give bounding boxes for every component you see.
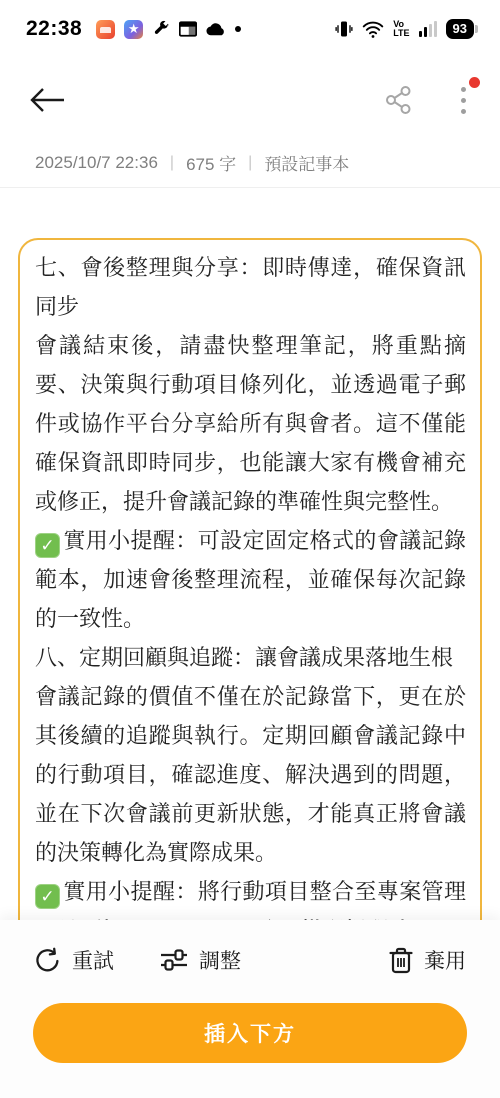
notification-badge: [469, 77, 480, 88]
nav-bar: [0, 72, 500, 128]
cloud-icon: [206, 23, 226, 36]
retry-button[interactable]: 重試: [34, 945, 114, 975]
clock: 22:38: [26, 17, 82, 41]
insert-below-button[interactable]: 插入下方: [33, 1003, 467, 1063]
notification-icons: ★: [96, 20, 241, 39]
retry-icon: [34, 947, 61, 974]
battery-indicator: 93: [446, 19, 474, 39]
adjust-button[interactable]: 調整: [160, 945, 241, 975]
note-paragraph: ✓實用小提醒：可設定固定格式的會議記錄範本，加速會後整理流程，並確保每次記錄的一…: [35, 521, 466, 638]
signal-strength-icon: [419, 21, 437, 37]
app-notification-icon: [96, 20, 115, 39]
back-button[interactable]: [28, 84, 66, 116]
share-icon[interactable]: [385, 85, 412, 115]
header-divider: [0, 187, 500, 188]
ai-note-card[interactable]: 七、會後整理與分享：即時傳達，確保資訊同步會議結束後，請盡快整理筆記，將重點摘要…: [18, 238, 482, 988]
bottom-panel: 重試 調整 棄用 插入下方: [0, 920, 500, 1098]
ai-toolbar: 重試 調整 棄用: [0, 934, 500, 986]
more-menu-icon[interactable]: [454, 83, 472, 117]
note-content: 七、會後整理與分享：即時傳達，確保資訊同步會議結束後，請盡快整理筆記，將重點摘要…: [35, 248, 466, 950]
system-status-icons: Vo LTE 93: [335, 19, 474, 39]
sliders-icon: [160, 947, 188, 973]
wifi-icon: [362, 21, 384, 38]
note-paragraph: 會議記錄的價值不僅在於記錄當下，更在於其後續的追蹤與執行。定期回顧會議記錄中的行…: [35, 677, 466, 872]
screen: 22:38 ★ Vo LTE: [0, 0, 500, 1098]
volte-indicator: Vo LTE: [393, 20, 409, 38]
note-word-count: 675 字: [186, 150, 236, 175]
check-emoji-icon: ✓: [35, 884, 60, 909]
vibrate-icon: [335, 19, 353, 39]
trash-icon: [389, 947, 413, 974]
status-bar: 22:38 ★ Vo LTE: [0, 0, 500, 58]
meta-separator: |: [248, 154, 252, 172]
retry-label: 重試: [72, 945, 114, 975]
note-paragraph: 七、會後整理與分享：即時傳達，確保資訊同步: [35, 248, 466, 326]
discard-label: 棄用: [424, 945, 466, 975]
note-paragraph: 會議結束後，請盡快整理筆記，將重點摘要、決策與行動項目條列化，並透過電子郵件或協…: [35, 326, 466, 521]
discard-button[interactable]: 棄用: [389, 945, 466, 975]
adjust-label: 調整: [199, 945, 241, 975]
wrench-icon: [152, 20, 170, 38]
note-meta: 2025/10/7 22:36 | 675 字 | 預設記事本: [35, 150, 475, 175]
status-dot-icon: [235, 26, 241, 32]
meta-separator: |: [170, 154, 174, 172]
note-paragraph: 八、定期回顧與追蹤：讓會議成果落地生根: [35, 638, 466, 677]
note-datetime: 2025/10/7 22:36: [35, 153, 158, 173]
check-emoji-icon: ✓: [35, 533, 60, 558]
notebook-name: 預設記事本: [264, 150, 349, 175]
photos-notification-icon: ★: [124, 20, 143, 39]
window-icon: [179, 21, 197, 37]
